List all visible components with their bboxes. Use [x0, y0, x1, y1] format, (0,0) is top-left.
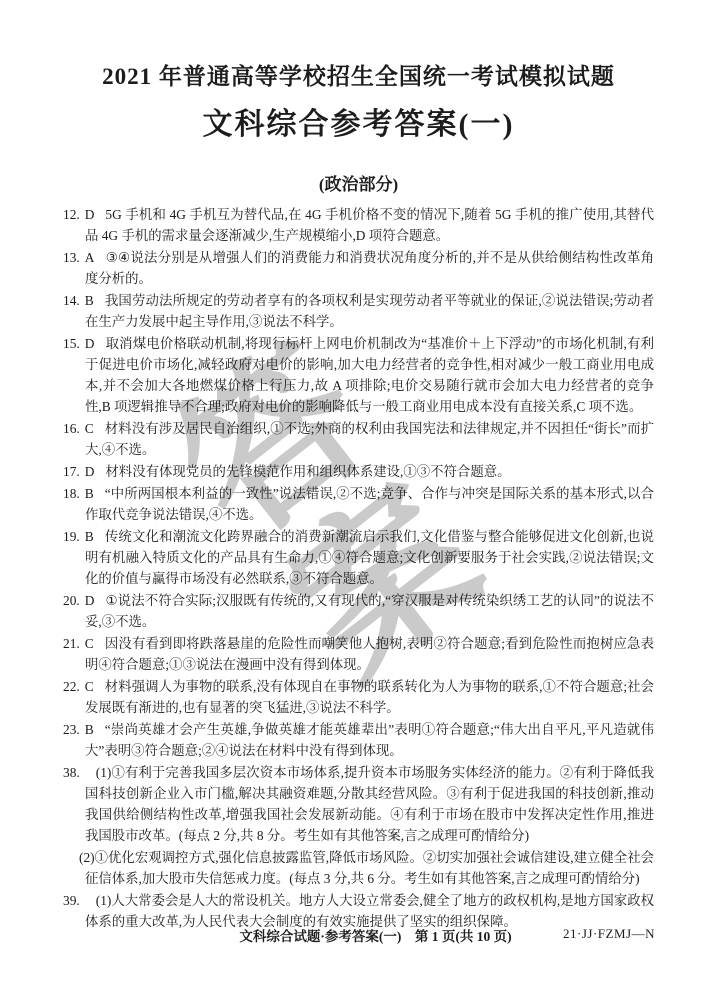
item-answer-letter: B [85, 293, 94, 308]
item-explanation: 取消煤电价格联动机制,将现行标杆上网电价机制改为“基准价＋上下浮动”的市场化机制… [85, 336, 654, 414]
answer-item-13: 13.A③④说法分别是从增强人们的消费能力和消费状况角度分析的,并不是从供给侧结… [63, 247, 654, 289]
answer-item-22: 22.C材料强调人为事物的联系,没有体现自在事物的联系转化为人为事物的联系,①不… [63, 676, 654, 718]
answer-item-16: 16.C材料没有涉及居民自治组织,①不选;外商的权利由我国宪法和法律规定,并不因… [63, 418, 654, 460]
page-footer: 文科综合试题·参考答案(一) 第 1 页(共 10 页) 21·JJ·FZMJ—… [0, 925, 711, 945]
item-answer-letter: B [85, 529, 94, 544]
item-explanation: ①说法不符合实际;汉服既有传统的,又有现代的,“穿汉服是对传统染织绣工艺的认同”… [85, 593, 654, 629]
item-number: 22. [63, 679, 80, 694]
answer-item-18: 18.B“中所两国根本利益的一致性”说法错误,②不选;竞争、合作与冲突是国际关系… [63, 483, 654, 525]
item-answer-letter: A [85, 250, 95, 265]
exam-answer-page: 答案 2021 年普通高等学校招生全国统一考试模拟试题 文科综合参考答案(一) … [0, 0, 711, 1000]
item-answer-letter: C [85, 421, 94, 436]
footer-paper-code: 21·JJ·FZMJ—N [563, 926, 655, 942]
item-number: 38. [63, 765, 80, 780]
item-explanation: (1)①有利于完善我国多层次资本市场体系,提升资本市场服务实体经济的能力。②有利… [85, 765, 654, 843]
item-explanation: 传统文化和潮流文化跨界融合的消费新潮流启示我们,文化借鉴与整合能够促进文化创新,… [85, 529, 654, 586]
item-answer-letter: C [85, 679, 94, 694]
answer-item-15: 15.D取消煤电价格联动机制,将现行标杆上网电价机制改为“基准价＋上下浮动”的市… [63, 333, 654, 417]
item-number: 19. [63, 529, 80, 544]
answer-item-21: 21.C因没有看到即将跌落悬崖的危险性而嘲笑他人抱树,表明②符合题意;看到危险性… [63, 633, 654, 675]
item-explanation: 材料没有涉及居民自治组织,①不选;外商的权利由我国宪法和法律规定,并不因担任“街… [85, 421, 654, 457]
item-explanation: 材料没有体现党员的先锋模范作用和组织体系建设,①③不符合题意。 [105, 464, 510, 479]
answer-item-14: 14.B我国劳动法所规定的劳动者享有的各项权利是实现劳动者平等就业的保证,②说法… [63, 290, 654, 332]
answer-item-20: 20.D①说法不符合实际;汉服既有传统的,又有现代的,“穿汉服是对传统染织绣工艺… [63, 590, 654, 632]
item-number: 14. [63, 293, 80, 308]
item-explanation: ③④说法分别是从增强人们的消费能力和消费状况角度分析的,并不是从供给侧结构性改革… [85, 250, 654, 286]
answer-item-23: 23.B“崇尚英雄才会产生英雄,争做英雄才能英雄辈出”表明①符合题意;“伟大出自… [63, 719, 654, 761]
item-number: 39. [63, 893, 80, 908]
item-explanation: (1)人大常委会是人大的常设机关。地方人大设立常委会,健全了地方的政权机构,是地… [85, 893, 654, 929]
page-content: 2021 年普通高等学校招生全国统一考试模拟试题 文科综合参考答案(一) (政治… [63, 0, 654, 933]
section-heading-politics: (政治部分) [63, 170, 654, 195]
item-answer-letter: D [85, 207, 95, 222]
item-number: 15. [63, 336, 80, 351]
answer-item-38-part2: (2)①优化宏观调控方式,强化信息披露监管,降低市场风险。②切实加强社会诚信建设… [63, 847, 654, 889]
item-number: 12. [63, 207, 80, 222]
answer-item-17: 17.D材料没有体现党员的先锋模范作用和组织体系建设,①③不符合题意。 [63, 461, 654, 482]
answer-item-38-part1: 38.(1)①有利于完善我国多层次资本市场体系,提升资本市场服务实体经济的能力。… [63, 762, 654, 846]
item-answer-letter: C [85, 636, 94, 651]
item-number: 13. [63, 250, 80, 265]
item-answer-letter: D [85, 464, 95, 479]
item-answer-letter: D [85, 593, 95, 608]
item-answer-letter: B [85, 722, 94, 737]
answer-item-19: 19.B传统文化和潮流文化跨界融合的消费新潮流启示我们,文化借鉴与整合能够促进文… [63, 526, 654, 589]
item-answer-letter: D [85, 336, 95, 351]
item-number: 20. [63, 593, 80, 608]
item-explanation: 我国劳动法所规定的劳动者享有的各项权利是实现劳动者平等就业的保证,②说法错误;劳… [85, 293, 654, 329]
page-title: 2021 年普通高等学校招生全国统一考试模拟试题 [63, 58, 654, 91]
answer-item-12: 12.D5G 手机和 4G 手机互为替代品,在 4G 手机价格不变的情况下,随着… [63, 204, 654, 246]
item-explanation: 5G 手机和 4G 手机互为替代品,在 4G 手机价格不变的情况下,随着 5G … [85, 207, 654, 243]
item-number: 18. [63, 486, 80, 501]
item-number: 16. [63, 421, 80, 436]
item-explanation: “中所两国根本利益的一致性”说法错误,②不选;竞争、合作与冲突是国际关系的基本形… [85, 486, 654, 522]
page-subtitle: 文科综合参考答案(一) [63, 99, 654, 143]
item-number: 23. [63, 722, 80, 737]
item-explanation: 材料强调人为事物的联系,没有体现自在事物的联系转化为人为事物的联系,①不符合题意… [85, 679, 654, 715]
item-number: 21. [63, 636, 80, 651]
item-explanation: 因没有看到即将跌落悬崖的危险性而嘲笑他人抱树,表明②符合题意;看到危险性而抱树应… [85, 636, 654, 672]
item-answer-letter: B [85, 486, 94, 501]
item-number: 17. [63, 464, 80, 479]
item-explanation: (2)①优化宏观调控方式,强化信息披露监管,降低市场风险。②切实加强社会诚信建设… [79, 850, 654, 886]
answer-list: 12.D5G 手机和 4G 手机互为替代品,在 4G 手机价格不变的情况下,随着… [63, 204, 654, 932]
item-explanation: “崇尚英雄才会产生英雄,争做英雄才能英雄辈出”表明①符合题意;“伟大出自平凡,平… [85, 722, 654, 758]
